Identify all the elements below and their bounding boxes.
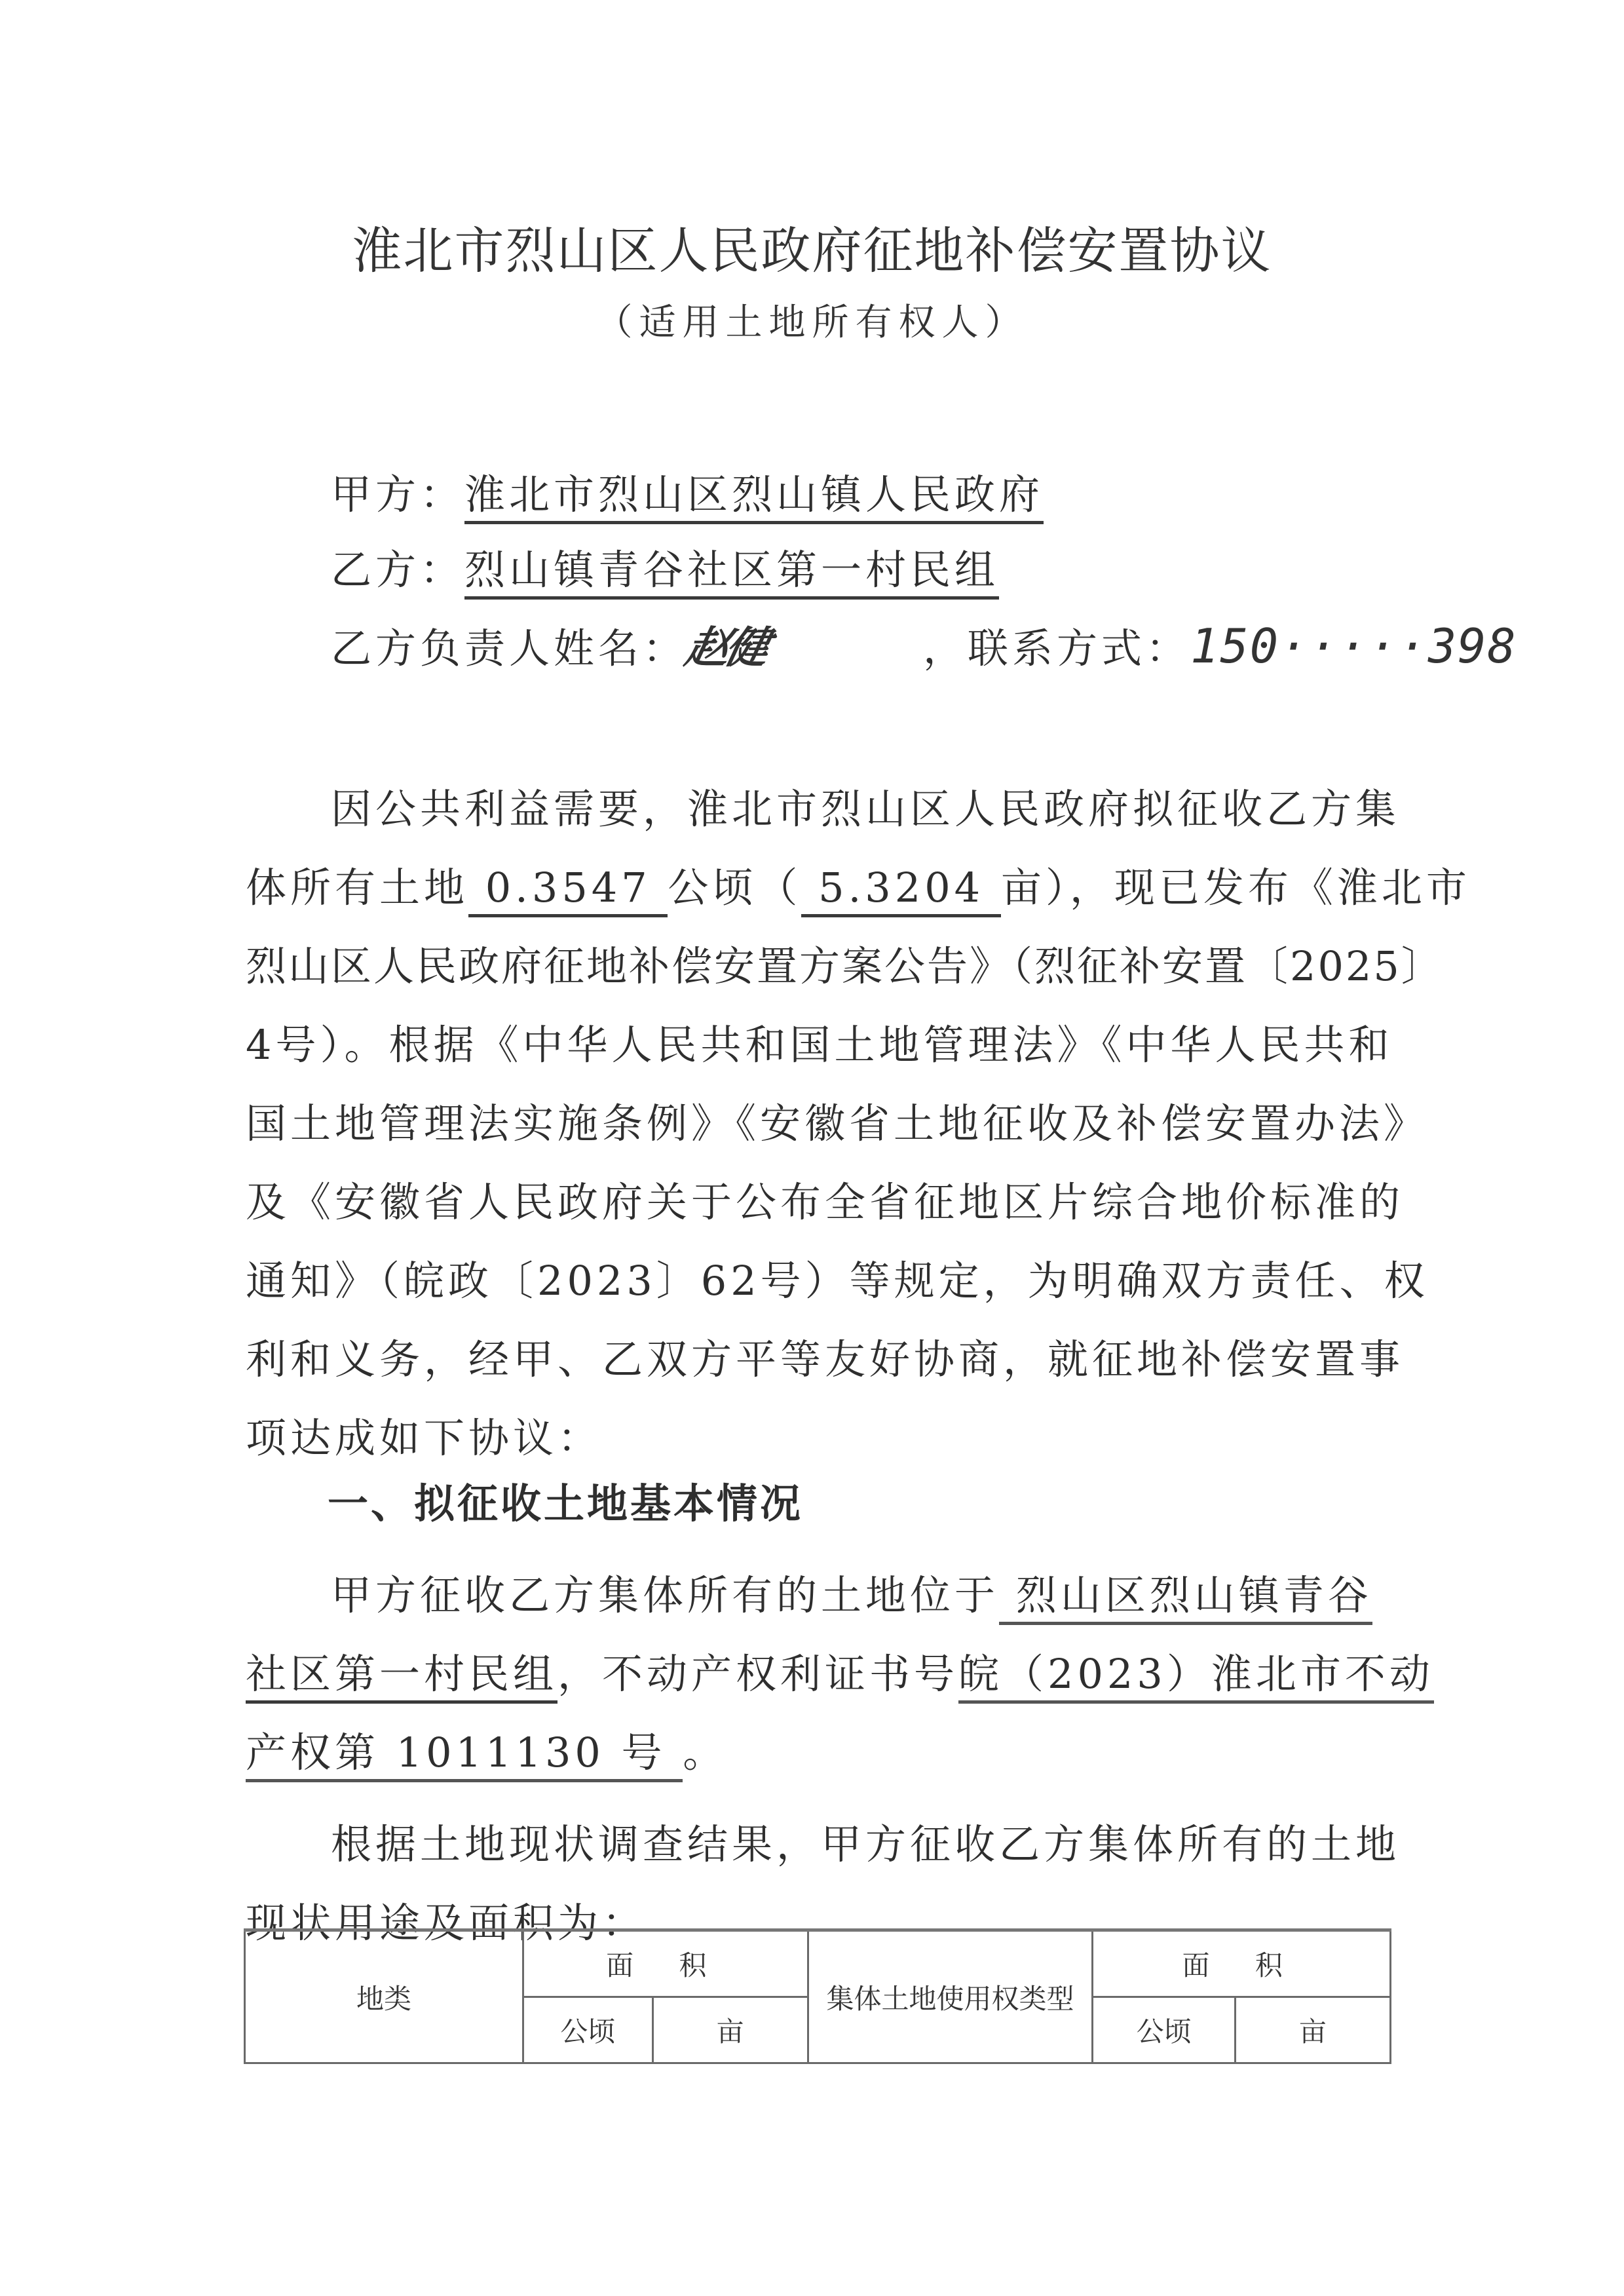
header-hectare-2: 公顷 xyxy=(1093,1997,1235,2063)
header-mu: 亩 xyxy=(652,1997,808,2063)
location-value: 烈山区烈山镇青谷 xyxy=(999,1571,1372,1625)
header-area: 面 积 xyxy=(523,1930,808,1997)
paragraph-line: 产权第 1011130 号 。 xyxy=(246,1720,727,1778)
party-b-label: 乙方： xyxy=(331,546,464,594)
party-a-label: 甲方： xyxy=(331,470,464,518)
party-b-value: 烈山镇青谷社区第一村民组 xyxy=(464,546,999,600)
contact-label: ，联系方式： xyxy=(923,624,1190,672)
paragraph-line: 利和义务，经甲、乙双方平等友好协商，就征地补偿安置事 xyxy=(246,1327,1404,1385)
paragraph-line: 根据土地现状调查结果，甲方征收乙方集体所有的土地 xyxy=(331,1812,1400,1870)
party-a-line: 甲方：淮北市烈山区烈山镇人民政府 xyxy=(331,462,1044,520)
handwritten-contact-number: 150·····398 xyxy=(1190,619,1517,674)
certificate-number: 皖（2023）淮北市不动 xyxy=(958,1650,1434,1704)
area-hectare-value: 0.3547 xyxy=(468,864,668,917)
location-value-continued: 社区第一村民组 xyxy=(246,1650,557,1704)
header-area-2: 面 积 xyxy=(1093,1930,1391,1997)
handwritten-signature: 赵健 xyxy=(681,613,772,675)
header-mu-2: 亩 xyxy=(1235,1997,1390,2063)
header-right-type: 集体土地使用权类型 xyxy=(808,1930,1093,2063)
party-b-rep-label: 乙方负责人姓名： xyxy=(331,624,687,672)
document-title: 淮北市烈山区人民政府征地补偿安置协议 xyxy=(0,211,1624,282)
party-b-line: 乙方：烈山镇青谷社区第一村民组 xyxy=(331,537,999,596)
paragraph-line: 及《安徽省人民政府关于公布全省征地区片综合地价标准的 xyxy=(246,1170,1404,1228)
document-subtitle: （适用土地所有权人） xyxy=(0,294,1624,346)
paragraph-line: 4号）。根据《中华人民共和国土地管理法》《中华人民共和 xyxy=(246,1012,1393,1071)
header-hectare: 公顷 xyxy=(523,1997,652,2063)
paragraph-line: 体所有土地 0.3547 公顷（ 5.3204 亩），现已发布《淮北市 xyxy=(246,855,1471,913)
certificate-number-continued: 产权第 1011130 号 xyxy=(246,1729,683,1782)
paragraph-line: 社区第一村民组，不动产权利证书号皖（2023）淮北市不动 xyxy=(246,1641,1434,1700)
paragraph-line: 甲方征收乙方集体所有的土地位于 烈山区烈山镇青谷 xyxy=(331,1563,1372,1621)
paragraph-line: 国土地管理法实施条例》《安徽省土地征收及补偿安置办法》 xyxy=(246,1091,1428,1149)
paragraph-line: 项达成如下协议： xyxy=(246,1406,602,1464)
land-area-table: 地类 面 积 集体土地使用权类型 面 积 公顷 亩 公顷 亩 xyxy=(244,1928,1391,2064)
paragraph-line: 烈山区人民政府征地补偿安置方案公告》（烈征补安置〔2025〕 xyxy=(246,934,1444,992)
paragraph-line: 因公共利益需要，淮北市烈山区人民政府拟征收乙方集 xyxy=(331,776,1400,835)
paragraph-line: 通知》（皖政〔2023〕62号）等规定，为明确双方责任、权 xyxy=(246,1248,1429,1307)
area-mu-value: 5.3204 xyxy=(801,864,1000,917)
section-heading: 一、拟征收土地基本情况 xyxy=(328,1471,803,1529)
header-land-type: 地类 xyxy=(245,1930,523,2063)
party-b-representative-line: 乙方负责人姓名：赵健，联系方式：150·····398 xyxy=(331,613,1517,675)
party-a-value: 淮北市烈山区烈山镇人民政府 xyxy=(464,470,1044,524)
